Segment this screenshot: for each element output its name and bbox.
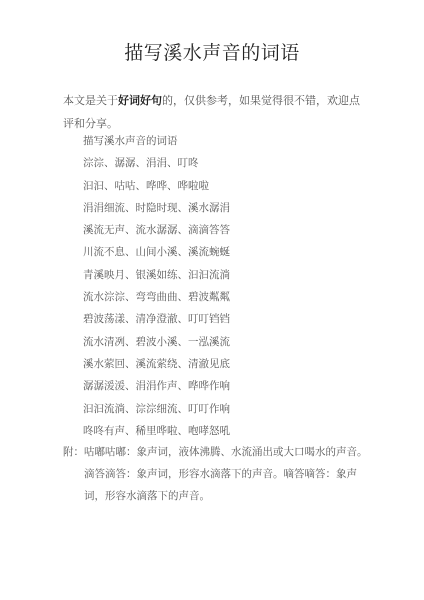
list-item: 潺潺湲湲、涓涓作声、哗哗作响: [83, 375, 230, 397]
list-item: 碧波荡漾、清净澄澈、叮叮铛铛: [83, 308, 230, 330]
list-item: 青溪映月、银溪如练、汩汩流淌: [83, 264, 230, 286]
document-title: 描写溪水声音的词语: [0, 38, 424, 65]
list-item: 流水淙淙、弯弯曲曲、碧波粼粼: [83, 286, 230, 308]
list-heading: 描写溪水声音的词语: [83, 130, 230, 152]
appendix-note: 附： 咕嘟咕嘟：象声词，液体沸腾、水流涌出或大口喝水的声音。滴答滴答：象声词，形…: [63, 441, 368, 507]
intro-paragraph: 本文是关于好词好句的，仅供参考，如果觉得很不错，欢迎点评和分享。: [63, 89, 363, 135]
appendix-text: 咕嘟咕嘟：象声词，液体沸腾、水流涌出或大口喝水的声音。滴答滴答：象声词，形容水滴…: [84, 441, 368, 507]
list-item: 汩汩、咕咕、哗哗、哗啦啦: [83, 175, 230, 197]
word-list: 描写溪水声音的词语 淙淙、潺潺、涓涓、叮咚 汩汩、咕咕、哗哗、哗啦啦 涓涓细流、…: [83, 130, 230, 442]
intro-prefix: 本文是关于: [63, 94, 118, 107]
appendix-label: 附：: [63, 441, 84, 463]
intro-link-keyword: 好词好句: [118, 94, 162, 107]
list-item: 流水清冽、碧波小溪、一泓溪流: [83, 331, 230, 353]
list-item: 川流不息、山间小溪、溪流蜿蜒: [83, 241, 230, 263]
list-item: 淙淙、潺潺、涓涓、叮咚: [83, 152, 230, 174]
list-item: 汩汩流淌、淙淙细流、叮叮作响: [83, 398, 230, 420]
list-item: 溪水萦回、溪流萦绕、清澈见底: [83, 353, 230, 375]
list-item: 涓涓细流、时隐时现、溪水潺涓: [83, 197, 230, 219]
list-item: 溪流无声、流水潺潺、滴滴答答: [83, 219, 230, 241]
list-item: 咚咚有声、稀里哗啦、咆哮怒吼: [83, 420, 230, 442]
